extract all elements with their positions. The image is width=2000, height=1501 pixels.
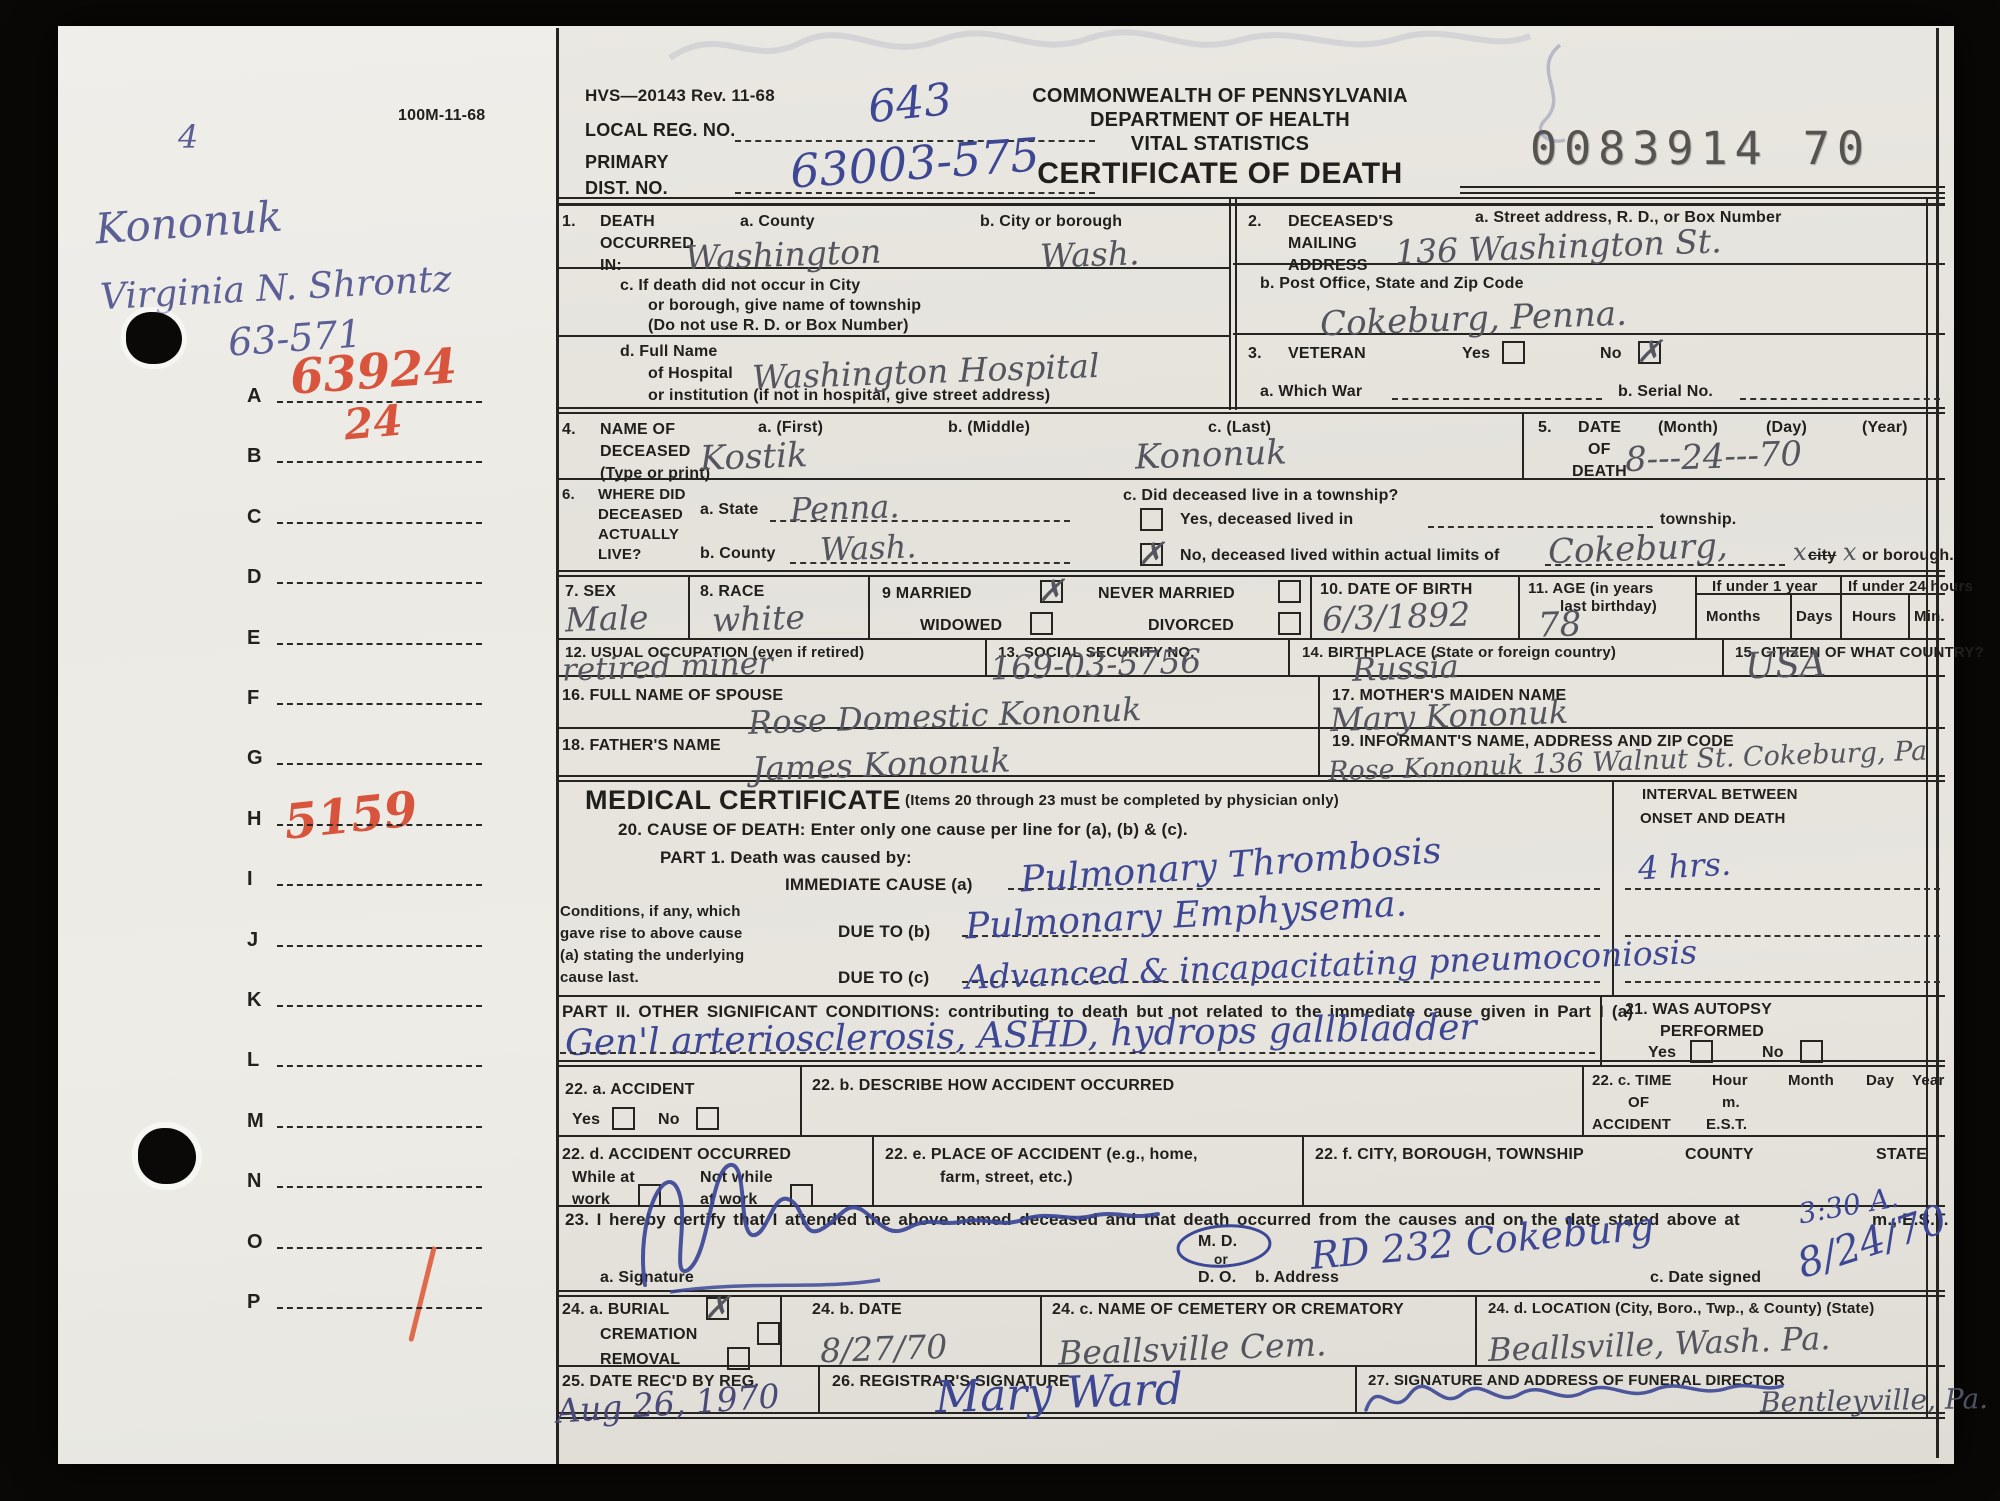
s9-divorced-label: DIVORCED [1148, 616, 1234, 635]
s23-date-label: c. Date signed [1650, 1268, 1761, 1287]
s24a-burial-label: 24. a. BURIAL [562, 1300, 670, 1319]
s20-part1-label: PART 1. Death was caused by: [660, 848, 912, 868]
s11-value: 78 [1537, 607, 1581, 642]
s22d-while-2: work [572, 1190, 610, 1209]
s9-married-label: 9 MARRIED [882, 584, 972, 603]
s4a-label: a. (First) [758, 418, 823, 437]
form-left-edge [556, 28, 559, 1464]
s22c-label-3: ACCIDENT [1592, 1116, 1671, 1134]
burial-checkbox[interactable] [706, 1297, 729, 1320]
rule [1582, 1065, 1584, 1135]
s3-label: VETERAN [1288, 344, 1366, 363]
s21-no-label: No [1762, 1043, 1784, 1062]
s11-min-label: Min. [1914, 608, 1945, 626]
rule [1302, 1135, 1304, 1205]
interval-header-1: INTERVAL BETWEEN [1642, 786, 1798, 804]
s5-title-1: DATE [1578, 418, 1621, 437]
s22c-hour-label: Hour [1712, 1072, 1748, 1090]
divorced-checkbox[interactable] [1278, 612, 1301, 635]
primary-dist-line [735, 192, 1095, 194]
interval-header-2: ONSET AND DEATH [1640, 810, 1786, 828]
s1d-line2: of Hospital [648, 364, 733, 383]
interval-a-value: 4 hrs. [1637, 848, 1732, 885]
margin-letter-N: N [247, 1170, 487, 1194]
lived-borough-no-checkbox[interactable] [1140, 543, 1163, 566]
s4-title-3: (Type or print) [600, 464, 710, 483]
s6c-label: c. Did deceased live in a township? [1123, 486, 1399, 505]
margin-letter-P: P [247, 1291, 487, 1315]
removal-checkbox[interactable] [727, 1347, 750, 1370]
s22a-no-label: No [658, 1110, 680, 1129]
s14-value: Russia [1351, 650, 1459, 686]
s20-due-b-label: DUE TO (b) [838, 922, 930, 942]
margin-letter-K: K [247, 989, 487, 1013]
rule [558, 638, 1945, 640]
margin-letter-F: F [247, 687, 487, 711]
s8-value: white [711, 600, 805, 636]
primary-label-1: PRIMARY [585, 152, 669, 174]
s4-no: 4. [562, 420, 576, 439]
rule [1355, 1365, 1357, 1412]
s24c-value: Beallsville Cem. [1058, 1327, 1327, 1369]
s20-immediate-label: IMMEDIATE CAUSE (a) [785, 875, 973, 895]
s22d-while-1: While at [572, 1168, 635, 1187]
s6-strike-x2: x [1843, 540, 1857, 564]
s6-title-2: DECEASED [598, 506, 683, 524]
lived-township-yes-checkbox[interactable] [1140, 508, 1163, 531]
rule [868, 575, 870, 638]
rule [1040, 1295, 1042, 1365]
s22c-day-label: Day [1866, 1072, 1894, 1090]
rule [985, 638, 987, 675]
s22f-state-label: STATE [1876, 1145, 1927, 1164]
rule [1460, 192, 1945, 194]
s5-month-label: (Month) [1658, 418, 1718, 437]
s13-value: 169-03-5756 [989, 644, 1201, 684]
s6-title-3: ACTUALLY [598, 526, 679, 544]
which-war-line [1392, 398, 1602, 400]
s20-cond-4: cause last. [560, 969, 639, 987]
s22f-county-label: COUNTY [1685, 1145, 1754, 1164]
s2b-label: b. Post Office, State and Zip Code [1260, 274, 1524, 293]
s1b-label: b. City or borough [980, 212, 1122, 231]
s7-value: Male [564, 601, 649, 637]
stub-tick-note: 4 [178, 118, 198, 156]
s22f-label: 22. f. CITY, BOROUGH, TOWNSHIP [1315, 1145, 1584, 1164]
margin-letter-B: B [247, 445, 487, 469]
s5-value: 8---24---70 [1624, 437, 1802, 477]
rule [1288, 638, 1290, 675]
s11-under1-label: If under 1 year [1712, 578, 1818, 596]
married-checkbox[interactable] [1040, 580, 1063, 603]
s1c-line1: c. If death did not occur in City [620, 276, 860, 295]
s3-serial-label: b. Serial No. [1618, 382, 1713, 401]
autopsy-no-checkbox[interactable] [1800, 1040, 1823, 1063]
rule [558, 197, 1945, 199]
interval-c-line [1625, 981, 1940, 983]
s6a-value: Penna. [789, 490, 900, 526]
s17-value: Mary Kononuk [1330, 696, 1569, 736]
s1c-line3: (Do not use R. D. or Box Number) [648, 316, 909, 335]
s6-no-title: 6. [562, 486, 575, 504]
s12-value: retired miner [562, 648, 774, 686]
s11-days-label: Days [1796, 608, 1833, 626]
margin-letter-G: G [247, 747, 487, 771]
s10-value: 6/3/1892 [1321, 597, 1470, 635]
rule [558, 412, 1945, 414]
local-reg-label: LOCAL REG. NO. [585, 120, 735, 142]
s6-no-text: No, deceased lived within actual limits … [1180, 546, 1500, 565]
rule [558, 203, 1945, 206]
s2-title-2: MAILING [1288, 234, 1357, 253]
s3-which-war-label: a. Which War [1260, 382, 1362, 401]
s18-value: James Kononuk [752, 744, 1011, 786]
s22c-label-1: 22. c. TIME [1592, 1072, 1672, 1090]
s24a-cremation-label: CREMATION [600, 1325, 698, 1344]
rule [1460, 186, 1945, 188]
s22c-year-label: Year [1912, 1072, 1945, 1090]
s11-hours-label: Hours [1852, 608, 1896, 626]
rule [558, 1065, 1945, 1067]
stub-print-code: 100M-11-68 [398, 106, 485, 125]
s6-borough-text: or borough. [1862, 546, 1954, 565]
s16-label: 16. FULL NAME OF SPOUSE [562, 686, 783, 705]
s1-title-1: DEATH [600, 212, 655, 231]
s4-title-1: NAME OF [600, 420, 675, 439]
s22b-label: 22. b. DESCRIBE HOW ACCIDENT OCCURRED [812, 1076, 1174, 1095]
s1-no: 1. [562, 212, 576, 231]
medical-certificate-title: MEDICAL CERTIFICATE [585, 784, 901, 816]
s24d-label: 24. d. LOCATION (City, Boro., Twp., & Co… [1488, 1300, 1874, 1318]
rule [558, 995, 1945, 997]
s4c-value: Kononuk [1134, 435, 1287, 474]
form-number: HVS—20143 Rev. 11-68 [585, 86, 775, 106]
s24c-label: 24. c. NAME OF CEMETERY OR CREMATORY [1052, 1300, 1404, 1319]
rule [780, 1295, 782, 1365]
margin-letter-M: M [247, 1110, 487, 1134]
rule [1908, 593, 1910, 638]
rule [1310, 575, 1312, 638]
stray-ink-mark [1520, 40, 1580, 150]
punch-hole-bottom [138, 1128, 196, 1184]
s2-title-3: ADDRESS [1288, 256, 1368, 275]
interval-a-line [1625, 888, 1940, 890]
s6b-value: Wash. [819, 530, 916, 565]
s11-under24-label: If under 24 hours [1848, 578, 1973, 596]
s5-no: 5. [1538, 418, 1552, 437]
s5-year-label: (Year) [1862, 418, 1908, 437]
s24a-removal-label: REMOVAL [600, 1350, 680, 1369]
rule [818, 1365, 820, 1412]
s6-yes-text: Yes, deceased lived in [1180, 510, 1353, 529]
rule [1522, 412, 1524, 478]
rule [1229, 197, 1231, 410]
rule [558, 478, 1945, 480]
s1b-value: Wash. [1039, 236, 1139, 272]
s20-due-c-label: DUE TO (c) [838, 968, 929, 988]
rule [688, 575, 690, 638]
s22c-m-label: m. [1722, 1094, 1740, 1112]
s24b-value: 8/27/70 [819, 1330, 947, 1367]
medical-certificate-subtitle: (Items 20 through 23 must be completed b… [905, 792, 1339, 810]
margin-letter-J: J [247, 929, 487, 953]
margin-letter-H: H [247, 808, 487, 832]
s6-strike-x1: x [1793, 540, 1807, 564]
s1a-value: Washington [684, 235, 881, 275]
funeral-director-address: Bentleyville, Pa. [1760, 1382, 1989, 1419]
certificate-number-stamp: 0083914 70 [1530, 122, 1871, 175]
rule [800, 1065, 802, 1135]
s3-no: 3. [1248, 344, 1262, 363]
s1-title-2: OCCURRED [600, 234, 694, 253]
registrar-signature: Mary Ward [934, 1368, 1183, 1421]
part2-line [560, 1052, 1595, 1054]
physician-signature [630, 1130, 1190, 1300]
s5-title-2: OF [1588, 440, 1611, 459]
rule [1840, 575, 1842, 638]
s24b-label: 24. b. DATE [812, 1300, 902, 1319]
s20-cond-1: Conditions, if any, which [560, 903, 741, 921]
rule [1235, 197, 1237, 410]
s21-label-1: 21. WAS AUTOPSY [1625, 1000, 1772, 1019]
s1d-line1: d. Full Name [620, 342, 718, 361]
s6-title-1: WHERE DID [598, 486, 686, 504]
rule [1318, 675, 1320, 727]
veteran-no-checkbox[interactable] [1638, 341, 1661, 364]
widowed-checkbox[interactable] [1030, 612, 1053, 635]
s9-never-label: NEVER MARRIED [1098, 584, 1235, 603]
header-commonwealth: COMMONWEALTH OF PENNSYLVANIA [1020, 84, 1420, 108]
s6-title-4: LIVE? [598, 546, 642, 564]
s4-title-2: DECEASED [600, 442, 691, 461]
s3-no-label: No [1600, 344, 1622, 363]
s18-label: 18. FATHER'S NAME [562, 736, 721, 755]
margin-letter-L: L [247, 1049, 487, 1073]
serial-line [1740, 398, 1940, 400]
s15-value: USA [1744, 647, 1826, 686]
margin-letter-E: E [247, 627, 487, 651]
s1c-line2: or borough, give name of township [648, 296, 921, 315]
rule [1695, 575, 1697, 638]
s23-do-label: D. O. [1198, 1268, 1236, 1287]
rule [558, 407, 1945, 409]
accident-yes-checkbox[interactable] [612, 1107, 635, 1130]
s20-label: 20. CAUSE OF DEATH: Enter only one cause… [618, 820, 1188, 840]
scanned-death-certificate: 100M-11-68 4 Kononuk Virginia N. Shrontz… [0, 0, 2000, 1501]
rule [1475, 1295, 1477, 1365]
s22a-yes-label: Yes [572, 1110, 600, 1129]
s20-cond-2: gave rise to above cause [560, 925, 742, 943]
s1-title-3: IN: [600, 256, 622, 275]
s9-widowed-label: WIDOWED [920, 616, 1002, 635]
cremation-checkbox[interactable] [757, 1322, 780, 1345]
rule [1518, 575, 1520, 638]
s2-title-1: DECEASED'S [1288, 212, 1393, 231]
header-department: DEPARTMENT OF HEALTH [1020, 108, 1420, 132]
bleed-through-ghost [660, 18, 1540, 73]
s22a-label: 22. a. ACCIDENT [565, 1080, 695, 1099]
margin-letter-D: D [247, 566, 487, 590]
s3-yes-label: Yes [1462, 344, 1490, 363]
s5-title-3: DEATH [1572, 462, 1627, 481]
s21-label-2: PERFORMED [1660, 1022, 1764, 1041]
s6b-label: b. County [700, 544, 776, 563]
local-reg-value: 643 [866, 78, 954, 131]
punch-hole-top [126, 312, 182, 364]
margin-letter-C: C [247, 506, 487, 530]
rule [1318, 727, 1320, 775]
margin-letter-O: O [247, 1231, 487, 1255]
rule [558, 335, 1231, 337]
s11-label-1: 11. AGE (in years [1528, 580, 1653, 598]
rule [558, 575, 1945, 577]
s6-city-struck: city [1808, 546, 1836, 565]
rule [1722, 638, 1724, 675]
s14-label: 14. BIRTHPLACE (State or foreign country… [1302, 644, 1616, 662]
never-married-checkbox[interactable] [1278, 580, 1301, 603]
s6a-label: a. State [700, 500, 759, 519]
margin-letter-A: A [247, 385, 487, 409]
s4a-value: Kostik [699, 438, 808, 476]
s21-yes-label: Yes [1648, 1043, 1676, 1062]
s1a-label: a. County [740, 212, 815, 231]
certificate-title: CERTIFICATE OF DEATH [1000, 156, 1440, 192]
s22c-est-label: E.S.T. [1706, 1116, 1747, 1134]
s11-months-label: Months [1706, 608, 1761, 626]
rule [558, 570, 1945, 572]
accident-no-checkbox[interactable] [696, 1107, 719, 1130]
rule [1790, 593, 1792, 638]
s6-borough-line [1545, 564, 1785, 566]
s22c-month-label: Month [1788, 1072, 1834, 1090]
header-vital: VITAL STATISTICS [1020, 132, 1420, 156]
s22c-label-2: OF [1628, 1094, 1649, 1112]
autopsy-yes-checkbox[interactable] [1690, 1040, 1713, 1063]
s6-yes-line [1428, 526, 1653, 528]
s2b-value: Cokeburg, Penna. [1320, 297, 1628, 342]
veteran-yes-checkbox[interactable] [1502, 341, 1525, 364]
s4b-label: b. (Middle) [948, 418, 1030, 437]
margin-letter-I: I [247, 868, 487, 892]
s2-no: 2. [1248, 212, 1262, 231]
s20-cond-3: (a) stating the underlying [560, 947, 744, 965]
funeral-director-signature [1358, 1368, 1788, 1428]
